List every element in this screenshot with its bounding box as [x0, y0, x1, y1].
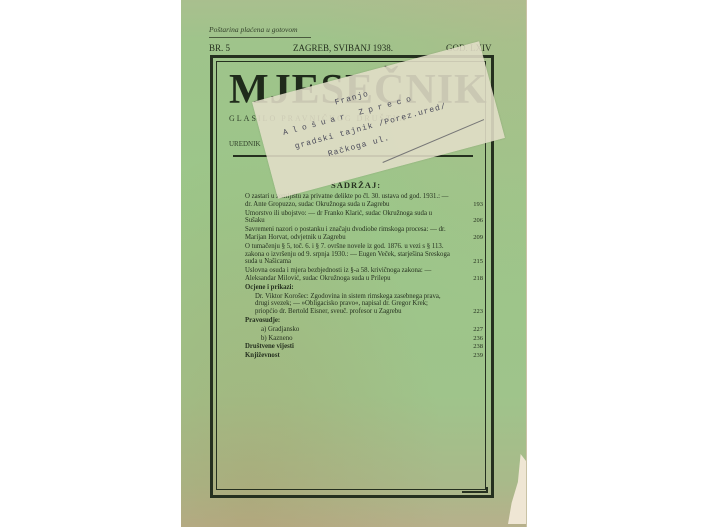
toc-entry-text: Savremeni nazori o postanku i značaju dv… — [245, 226, 450, 242]
toc-entry-page: 215 — [473, 258, 483, 266]
toc-entry: Uslovna osuda i mjera bezbjednosti iz §-… — [245, 267, 483, 283]
torn-corner — [508, 454, 526, 524]
toc-entry-page: 209 — [473, 234, 483, 242]
toc-entry-text: Književnost — [245, 352, 450, 360]
toc-entry-page: 238 — [473, 343, 483, 351]
toc-entry-page: 193 — [473, 201, 483, 209]
toc-section-label: Ocjene i prikazi: — [245, 284, 450, 292]
toc-entry-page: 218 — [473, 275, 483, 283]
toc-entry-page: 227 — [473, 326, 483, 334]
toc-section: Pravosudje: — [245, 317, 483, 325]
toc-entry: Dr. Viktor Korošec: Zgodovina in sistem … — [245, 293, 483, 316]
toc-section-label: Pravosudje: — [245, 317, 450, 325]
issue-number: BR. 5 — [209, 43, 230, 53]
magazine-cover: Poštarina plaćena u gotovom BR. 5 ZAGREB… — [181, 0, 527, 527]
label-line: Franjo — [334, 90, 370, 108]
toc-entry-text: Uslovna osuda i mjera bezbjednosti iz §-… — [245, 267, 450, 283]
toc-entry-page: 206 — [473, 217, 483, 225]
postage-note: Poštarina plaćena u gotovom — [209, 25, 311, 38]
toc-entry: O tumačenju § 5, toč. 6. i § 7. ovršne n… — [245, 243, 483, 266]
toc-entry-text: a) Gradjansko — [245, 326, 450, 334]
editor-line: UREDNIK — [229, 140, 261, 148]
toc-entry: Društvene vijesti 238 — [245, 343, 483, 351]
toc-entry: a) Gradjansko 227 — [245, 326, 483, 334]
toc-section: Ocjene i prikazi: — [245, 284, 483, 292]
table-of-contents: O zastari u zemljištu za privatne delikt… — [245, 193, 483, 361]
toc-entry: b) Kazneno 236 — [245, 335, 483, 343]
toc-entry-page: 223 — [473, 308, 483, 316]
toc-entry-text: Umorstvo ili ubojstvo: — dr Franko Klari… — [245, 210, 450, 226]
toc-entry-text: O tumačenju § 5, toč. 6. i § 7. ovršne n… — [245, 243, 450, 266]
place-date: ZAGREB, SVIBANJ 1938. — [293, 43, 393, 53]
toc-entry: Književnost 239 — [245, 352, 483, 360]
toc-entry-page: 239 — [473, 352, 483, 360]
toc-entry-text: b) Kazneno — [245, 335, 450, 343]
border-frame-shadow — [462, 487, 488, 493]
toc-entry-text: Dr. Viktor Korošec: Zgodovina in sistem … — [245, 293, 450, 316]
toc-entry: Umorstvo ili ubojstvo: — dr Franko Klari… — [245, 210, 483, 226]
toc-entry: Savremeni nazori o postanku i značaju dv… — [245, 226, 483, 242]
toc-entry-text: O zastari u zemljištu za privatne delikt… — [245, 193, 450, 209]
toc-entry-page: 236 — [473, 335, 483, 343]
toc-entry-text: Društvene vijesti — [245, 343, 450, 351]
